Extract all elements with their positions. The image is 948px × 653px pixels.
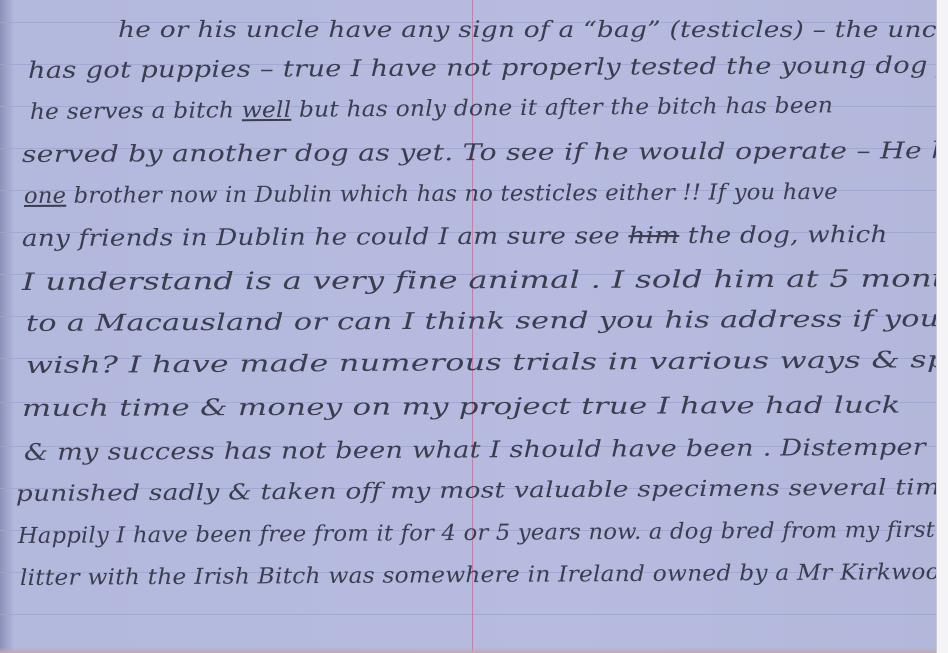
handwriting-line: punished sadly & taken off my most valua…: [16, 475, 936, 507]
handwriting-segment: the dog, which: [679, 222, 888, 249]
handwriting-segment: he serves a bitch: [30, 98, 242, 125]
handwriting-line: he or his uncle have any sign of a “bag”…: [118, 18, 936, 43]
handwriting-line: litter with the Irish Bitch was somewher…: [20, 560, 936, 591]
struck-word: him: [628, 223, 679, 249]
scan-border: [936, 0, 948, 653]
handwriting-segment: any friends in Dublin he could I am sure…: [22, 223, 629, 252]
handwriting-line: he serves a bitch well but has only done…: [30, 93, 833, 125]
handwriting-line: has got puppies – true I have not proper…: [28, 52, 936, 84]
handwriting-line: I understand is a very fine animal . I s…: [22, 264, 936, 296]
handwriting-line: any friends in Dublin he could I am sure…: [22, 222, 888, 252]
handwriting-line: to a Macausland or can I think send you …: [26, 306, 936, 337]
handwriting-segment: but has only done it after the bitch has…: [291, 93, 833, 122]
rule-line: [0, 614, 936, 615]
handwriting-line: one brother now in Dublin which has no t…: [24, 180, 838, 209]
handwriting-line: served by another dog as yet. To see if …: [22, 138, 936, 168]
binding-shadow: [0, 0, 14, 653]
handwriting-line: wish? I have made numerous trials in var…: [26, 347, 936, 379]
handwriting-segment: brother now in Dublin which has no testi…: [66, 180, 838, 209]
underlined-word: one: [24, 184, 66, 209]
handwriting-line: & my success has not been what I should …: [24, 434, 936, 466]
letter-page: he or his uncle have any sign of a “bag”…: [0, 0, 936, 653]
handwriting-line: much time & money on my project true I h…: [22, 393, 901, 422]
handwriting-line: Happily I have been free from it for 4 o…: [18, 518, 935, 549]
underlined-word: well: [242, 98, 292, 123]
page-bottom-edge: [0, 647, 936, 653]
